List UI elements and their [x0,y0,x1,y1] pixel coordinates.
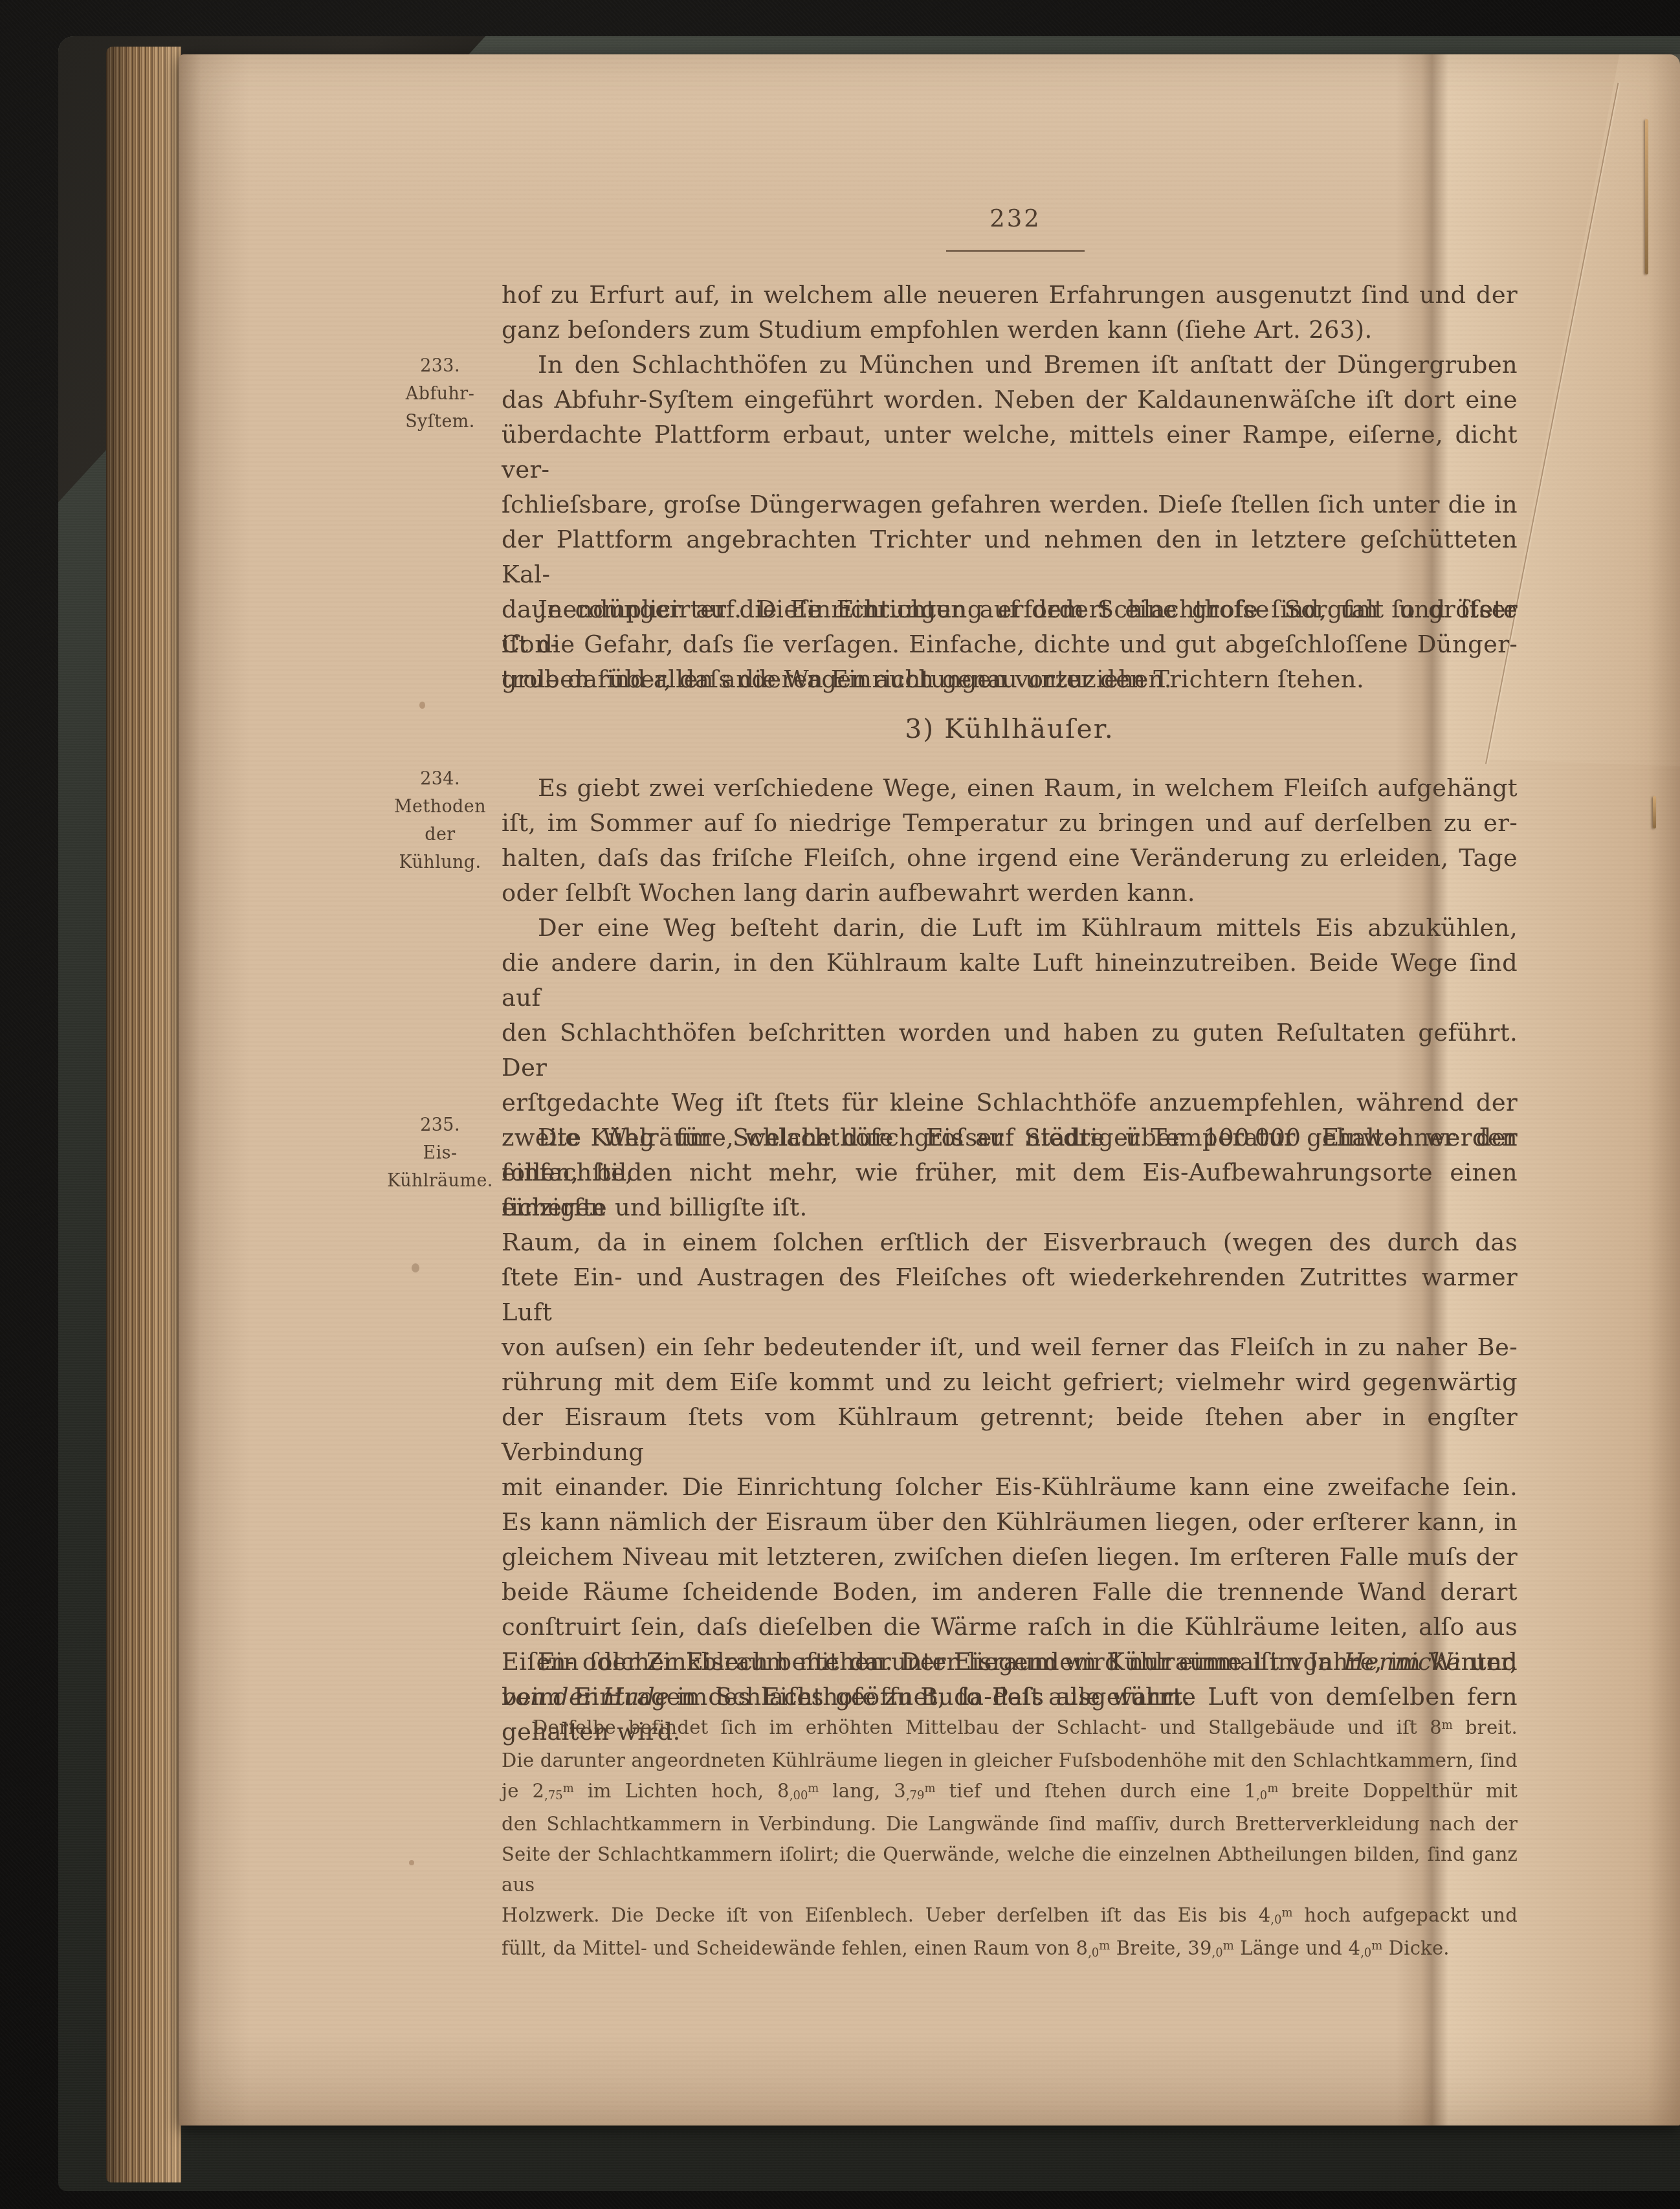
text-line: oder ſelbſt Wochen lang darin aufbewahrt… [502,876,1518,911]
text-segment: m [1442,1718,1453,1732]
text-line: Der eine Weg beſteht darin, die Luft im … [502,911,1518,946]
text-segment: m [1099,1939,1110,1953]
text-line: Raum, da in einem ſolchen erſtlich der E… [502,1225,1518,1260]
text-segment: breit. [1453,1716,1518,1738]
scanned-book-page: 232 233.Abfuhr-Syſtem. 234.MethodenderKü… [0,0,1680,2209]
paper-speck [412,1263,419,1272]
text-segment: m [1371,1939,1382,1953]
text-segment: und [1461,1648,1518,1676]
text-line: beide Räume ſcheidende Boden, im anderen… [502,1575,1518,1610]
text-segment: hoch aufgepackt und [1293,1904,1518,1926]
text-line: erſtgedachte Weg iſt ſtets für kleine Sc… [502,1085,1518,1120]
text-line: der Eisraum ſtets vom Kühlraum getrennt;… [502,1400,1518,1470]
text-line: je 2,75m im Lichten hoch, 8,00m lang, 3,… [502,1776,1518,1809]
paper-speck [419,702,425,709]
smallprint-budapest-details: Derſelbe befindet ſich im erhöhten Mitte… [502,1713,1518,1966]
text-line: Je complicirter die Einrichtungen auf de… [502,592,1518,627]
text-line: ſchlieſsbare, groſse Düngerwagen gefahre… [502,487,1518,522]
text-line: conſtruirt ſein, daſs dieſelben die Wärm… [502,1610,1518,1645]
paragraph-methoden: Es giebt zwei verſchiedene Wege, einen R… [502,771,1518,911]
text-line: den Schlachtkammern in Verbindung. Die L… [502,1809,1518,1839]
binding-thread [1653,796,1656,828]
text-line: iſt die Gefahr, daſs ſie verſagen. Einfa… [502,627,1518,662]
text-segment: ,00 [790,1789,808,1803]
paragraph-einrichtungen: Je complicirter die Einrichtungen auf de… [502,592,1518,697]
page-edges-stack [106,47,181,2182]
margin-note-233: 233.Abfuhr-Syſtem. [366,352,514,436]
text-segment: Breite, 39 [1110,1937,1211,1959]
page-number: 232 [918,205,1112,232]
text-segment: ,0 [1270,1913,1281,1927]
text-line: 233. [366,352,514,380]
text-line: die andere darin, in den Kühlraum kalte … [502,946,1518,1016]
text-segment: m [563,1782,574,1795]
text-line: hof zu Erfurt auf, in welchem alle neuer… [502,278,1518,313]
paragraph-continuation: hof zu Erfurt auf, in welchem alle neuer… [502,278,1518,348]
book-page: 232 233.Abfuhr-Syſtem. 234.MethodenderKü… [179,54,1680,2126]
text-segment: m [1267,1782,1278,1795]
text-line: Derſelbe befindet ſich im erhöhten Mitte… [502,1713,1518,1746]
text-segment: Derſelbe befindet ſich im erhöhten Mitte… [533,1716,1442,1738]
text-segment: m [808,1782,819,1795]
page-number-rule [946,250,1085,252]
text-segment: Länge und 4 [1234,1937,1360,1959]
text-line: Methoden [366,793,514,821]
text-segment: ,0 [1256,1789,1267,1803]
text-segment: Dicke. [1382,1937,1449,1959]
text-line: gruben ſind allen anderen Einrichtungen … [502,662,1518,697]
text-segment: ,0 [1360,1946,1371,1960]
text-segment: im Schlachthofe zu Buda-Peſt ausgeführt. [669,1683,1190,1711]
section-heading-kuehlhaeuser: 3) Kühlhäuſer. [502,709,1518,748]
text-line: Es giebt zwei verſchiedene Wege, einen R… [502,771,1518,806]
text-segment: lang, 3 [819,1780,905,1802]
italic-name: von der Hude [502,1683,669,1711]
text-line: halten, daſs das friſche Fleiſch, ohne i… [502,841,1518,876]
text-line: Die Kühlräume, welche durch Eis auf nied… [502,1120,1518,1155]
text-segment: im Lichten hoch, 8 [574,1780,790,1802]
text-line: Eis- [366,1139,514,1167]
text-segment: ,0 [1088,1946,1099,1960]
text-line: Kühlung. [366,849,514,876]
text-segment: ,0 [1212,1946,1223,1960]
italic-name: Hennicke [1343,1648,1461,1676]
text-segment: füllt, da Mittel- und Scheidewände fehle… [502,1937,1088,1959]
text-line: Ein ſolcher Eisraum mit darunter liegend… [502,1645,1518,1680]
text-line: Syſtem. [366,408,514,436]
text-line: Die darunter angeordneten Kühlräume lieg… [502,1746,1518,1776]
text-line: Es kann nämlich der Eisraum über den Küh… [502,1505,1518,1540]
text-line: den Schlachthöfen beſchritten worden und… [502,1016,1518,1085]
margin-note-235: 235.Eis-Kühlräume. [366,1111,514,1195]
text-line: von auſsen) ein ſehr bedeutender iſt, un… [502,1330,1518,1365]
text-segment: m [924,1782,935,1795]
text-segment: ,75 [544,1789,563,1803]
text-segment: Ein ſolcher Eisraum mit darunter liegend… [538,1648,1343,1676]
text-line: von der Hude im Schlachthofe zu Buda-Peſ… [502,1680,1518,1715]
paper-speck [409,1860,414,1865]
text-line: ſollen, bilden nicht mehr, wie früher, m… [502,1155,1518,1225]
text-line: 234. [366,765,514,793]
text-line: der [366,821,514,849]
text-line: In den Schlachthöfen zu München und Brem… [502,348,1518,383]
text-segment: breite Doppelthür mit [1278,1780,1518,1802]
text-line: gleichem Niveau mit letzteren, zwiſchen … [502,1540,1518,1575]
text-line: das Abfuhr-Syſtem eingeführt worden. Neb… [502,383,1518,417]
text-segment: je 2 [502,1780,544,1802]
text-line: ſtete Ein- und Austragen des Fleiſches o… [502,1260,1518,1330]
text-line: der Plattform angebrachten Trichter und … [502,522,1518,592]
text-segment: ,79 [906,1789,925,1803]
text-line: rührung mit dem Eiſe kommt und zu leicht… [502,1365,1518,1400]
text-line: Abfuhr- [366,380,514,408]
text-line: Kühlräume. [366,1167,514,1195]
text-line: überdachte Plattform erbaut, unter welch… [502,417,1518,487]
text-segment: tief und ſtehen durch eine 1 [936,1780,1257,1802]
paragraph-hennicke: Ein ſolcher Eisraum mit darunter liegend… [502,1645,1518,1715]
text-line: ganz beſonders zum Studium empfohlen wer… [502,313,1518,348]
text-line: mit einander. Die Einrichtung ſolcher Ei… [502,1470,1518,1505]
binding-thread [1645,119,1648,274]
margin-note-234: 234.MethodenderKühlung. [366,765,514,876]
text-segment: m [1281,1906,1292,1920]
text-line: iſt, im Sommer auf ſo niedrige Temperatu… [502,806,1518,841]
text-segment: m [1223,1939,1234,1953]
text-segment: Holzwerk. Die Decke iſt von Eiſenblech. … [502,1904,1270,1926]
text-line: Seite der Schlachtkammern iſolirt; die Q… [502,1839,1518,1900]
text-line: Holzwerk. Die Decke iſt von Eiſenblech. … [502,1900,1518,1933]
text-line: füllt, da Mittel- und Scheidewände fehle… [502,1933,1518,1966]
text-line: 235. [366,1111,514,1139]
